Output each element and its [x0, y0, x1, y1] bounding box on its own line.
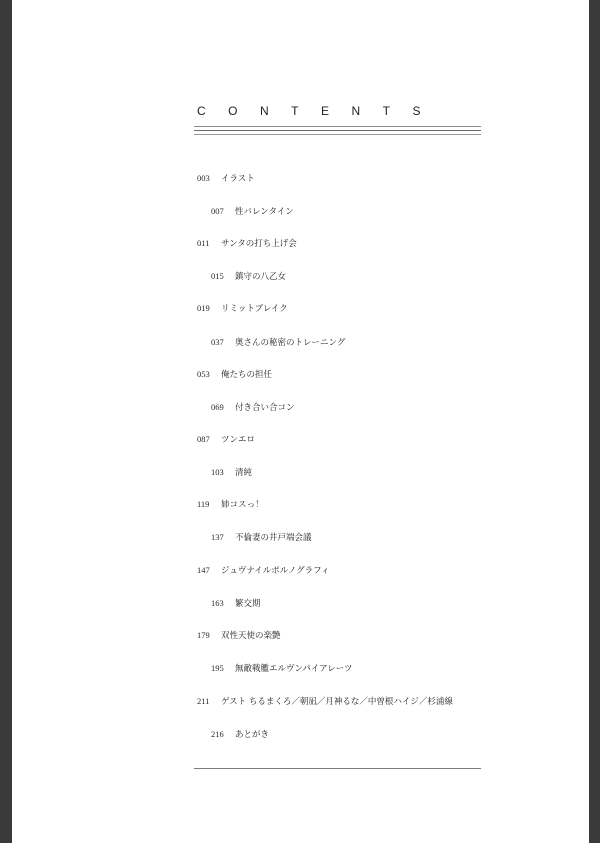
toc-page-number: 119 [197, 498, 221, 510]
toc-entry-title: 無敵戦艦エルヴンパイアレーツ [235, 664, 352, 674]
toc-entry: 037奥さんの秘密のトレーニング [211, 336, 345, 349]
toc-entry: 003イラスト [197, 172, 255, 185]
toc-page-number: 195 [211, 662, 235, 674]
toc-entry-title: リミットブレイク [221, 304, 288, 314]
toc-entry: 015鎮守の八乙女 [211, 270, 286, 283]
toc-entry-title: あとがき [235, 730, 269, 740]
toc-page-number: 087 [197, 433, 221, 445]
toc-entry: 211ゲスト ちるまくろ／朝凪／月神るな／中曽根ハイジ／杉浦線 [197, 695, 453, 708]
toc-page-number: 137 [211, 531, 235, 543]
toc-entry: 019リミットブレイク [197, 302, 288, 315]
toc-page-number: 037 [211, 336, 235, 348]
toc-entry: 053俺たちの担任 [197, 368, 272, 381]
toc-entry: 007性バレンタイン [211, 205, 294, 218]
toc-entry-title: イラスト [221, 174, 255, 184]
toc-entry: 087ツンエロ [197, 433, 255, 446]
toc-page-number: 163 [211, 597, 235, 609]
toc-entry-title: 俺たちの担任 [221, 370, 272, 380]
header-rule-bottom [194, 134, 481, 135]
toc-entry: 011サンタの打ち上げ会 [197, 237, 297, 250]
toc-entry-title: 清純 [235, 468, 252, 478]
toc-entry-title: ゲスト ちるまくろ／朝凪／月神るな／中曽根ハイジ／杉浦線 [221, 697, 453, 707]
toc-page-number: 011 [197, 237, 221, 249]
toc-entry: 137不倫妻の井戸端会議 [211, 531, 312, 544]
toc-page-number: 053 [197, 368, 221, 380]
toc-entry: 119姉コスっ！ [197, 498, 264, 511]
toc-page-number: 015 [211, 270, 235, 282]
toc-entry: 069付き合い合コン [211, 401, 295, 414]
toc-entry: 179双性天使の楽艶 [197, 629, 281, 642]
toc-entry-title: ツンエロ [221, 435, 255, 445]
toc-entry-title: 鎮守の八乙女 [235, 272, 286, 282]
toc-page-number: 179 [197, 629, 221, 641]
toc-entry-title: 繁交期 [235, 599, 261, 609]
header-rule-middle [194, 130, 481, 131]
toc-entry: 216あとがき [211, 728, 269, 741]
toc-page-number: 103 [211, 466, 235, 478]
toc-page-number: 019 [197, 302, 221, 314]
toc-entry: 163繁交期 [211, 597, 261, 610]
toc-page-number: 007 [211, 205, 235, 217]
toc-entry-title: サンタの打ち上げ会 [221, 239, 297, 249]
toc-entry: 103清純 [211, 466, 252, 479]
toc-page-number: 003 [197, 172, 221, 184]
toc-entry-title: 付き合い合コン [235, 403, 295, 413]
toc-page-number: 069 [211, 401, 235, 413]
toc-entry-title: ジュヴナイルポルノグラフィ [221, 566, 329, 576]
footer-rule [194, 768, 481, 769]
header-rule-top [194, 126, 481, 127]
toc-entry-title: 性バレンタイン [235, 207, 294, 217]
toc-entry-title: 双性天使の楽艶 [221, 631, 281, 641]
toc-entry-title: 姉コスっ！ [221, 500, 264, 510]
contents-heading: CONTENTS [197, 104, 443, 118]
toc-entry-title: 奥さんの秘密のトレーニング [235, 338, 345, 348]
toc-entry: 195無敵戦艦エルヴンパイアレーツ [211, 662, 352, 675]
toc-entry-title: 不倫妻の井戸端会議 [235, 533, 312, 543]
toc-entry: 147ジュヴナイルポルノグラフィ [197, 564, 329, 577]
toc-page-number: 211 [197, 695, 221, 707]
toc-page-number: 147 [197, 564, 221, 576]
toc-page-number: 216 [211, 728, 235, 740]
